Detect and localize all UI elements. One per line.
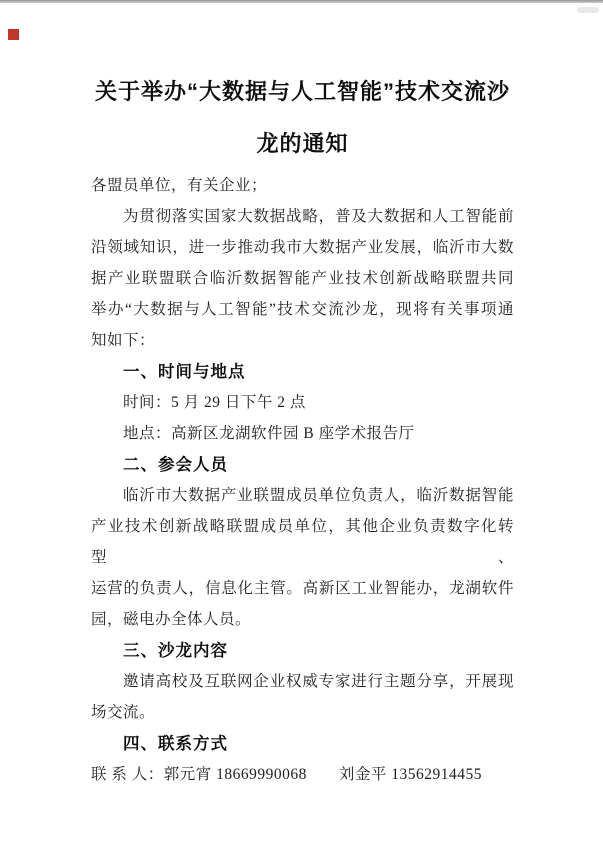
section-heading: 二、参会人员 [91,449,514,480]
document-title-line-1: 关于举办“大数据与人工智能”技术交流沙 [91,66,514,118]
scanned-notice-page: { "page": { "scan_edge_color": "#a3a3a3"… [0,0,603,855]
salutation-line: 各盟员单位，有关企业； [91,170,514,201]
intro-line: 为贯彻落实国家大数据战略，普及大数据和人工智能前 [91,201,514,232]
intro-line: 知如下： [91,325,514,356]
section-heading: 四、联系方式 [91,728,514,759]
section-heading: 一、时间与地点 [91,356,514,387]
attendees-line: 产业技术创新战略联盟成员单位，其他企业负责数字化转型、 [91,511,514,573]
scan-smudge [577,7,599,13]
document-body: 关于举办“大数据与人工智能”技术交流沙 龙的通知 各盟员单位，有关企业； 为贯彻… [91,0,514,790]
section-attendees: 二、参会人员 临沂市大数据产业联盟成员单位负责人，临沂数据智能 产业技术创新战略… [91,449,514,635]
section-heading: 三、沙龙内容 [91,635,514,666]
attendees-line: 临沂市大数据产业联盟成员单位负责人，临沂数据智能 [91,480,514,511]
salon-content-line: 场交流。 [91,697,514,728]
red-stamp-mark [8,29,19,40]
contact-line: 联 系 人：郭元宵 18669990068 刘金平 13562914455 [91,759,514,790]
document-title: 关于举办“大数据与人工智能”技术交流沙 龙的通知 [91,66,514,170]
place-line: 地点：高新区龙湖软件园 B 座学术报告厅 [91,418,514,449]
time-line: 时间：5 月 29 日下午 2 点 [91,387,514,418]
intro-line: 据产业联盟联合临沂数据智能产业技术创新战略联盟共同 [91,263,514,294]
attendees-line: 运营的负责人，信息化主管。高新区工业智能办，龙湖软件 [91,573,514,604]
section-contact: 四、联系方式 联 系 人：郭元宵 18669990068 刘金平 1356291… [91,728,514,790]
attendees-line: 园，磁电办全体人员。 [91,604,514,635]
salon-content-line: 邀请高校及互联网企业权威专家进行主题分享，开展现 [91,666,514,697]
section-salon-content: 三、沙龙内容 邀请高校及互联网企业权威专家进行主题分享，开展现 场交流。 [91,635,514,728]
intro-line: 举办“大数据与人工智能”技术交流沙龙，现将有关事项通 [91,294,514,325]
intro-paragraph: 为贯彻落实国家大数据战略，普及大数据和人工智能前 沿领域知识，进一步推动我市大数… [91,201,514,356]
intro-line: 沿领域知识，进一步推动我市大数据产业发展，临沂市大数 [91,232,514,263]
section-time-place: 一、时间与地点 时间：5 月 29 日下午 2 点 地点：高新区龙湖软件园 B … [91,356,514,449]
document-title-line-2: 龙的通知 [91,118,514,170]
